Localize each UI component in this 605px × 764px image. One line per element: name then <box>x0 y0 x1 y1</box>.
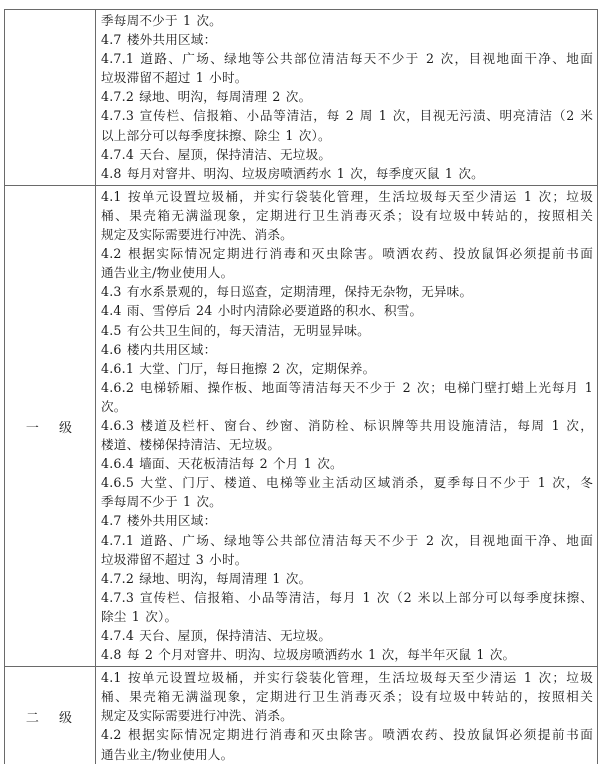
table-row: 二 级4.1 按单元设置垃圾桶，并实行袋装化管理，生活垃圾每天至少清运 1 次；… <box>5 667 598 764</box>
standard-text-line: 4.2 根据实际情况定期进行消毒和灭虫除害。喷洒农药、投放鼠饵必须提前书面 <box>101 244 593 263</box>
standard-text-line: 垃圾滞留不超过 3 小时。 <box>101 550 593 569</box>
standard-text-line: 4.7.4 天台、屋顶，保持清洁、无垃圾。 <box>101 626 593 645</box>
standard-text-line: 4.2 根据实际情况定期进行消毒和灭虫除害。喷洒农药、投放鼠饵必须提前书面 <box>101 725 593 744</box>
standard-text-line: 4.7.2 绿地、明沟，每周清理 1 次。 <box>101 569 593 588</box>
standard-text-line: 桶、果壳箱无满溢现象，定期进行卫生消毒灭杀；设有垃圾中转站的，按照相关 <box>101 206 593 225</box>
table-body: 季每周不少于 1 次。4.7 楼外共用区域：4.7.1 道路、广场、绿地等公共部… <box>5 10 598 764</box>
standard-text-line: 桶、果壳箱无满溢现象，定期进行卫生消毒灭杀；设有垃圾中转站的，按照相关 <box>101 687 593 706</box>
standard-text-line: 除尘 1 次）。 <box>101 607 593 626</box>
table-row: 季每周不少于 1 次。4.7 楼外共用区域：4.7.1 道路、广场、绿地等公共部… <box>5 10 598 186</box>
standard-text-line: 次。 <box>101 397 593 416</box>
standard-text-line: 季每周不少于 1 次。 <box>101 11 593 30</box>
standard-text-line: 4.7.1 道路、广场、绿地等公共部位清洁每天不少于 2 次，目视地面干净、地面 <box>101 531 593 550</box>
standard-content-cell: 4.1 按单元设置垃圾桶，并实行袋装化管理，生活垃圾每天至少清运 1 次；垃圾桶… <box>96 185 598 666</box>
standard-text-line: 垃圾滞留不超过 1 小时。 <box>101 68 593 87</box>
standard-text-line: 4.4 雨、雪停后 24 小时内清除必要道路的积水、积雪。 <box>101 301 593 320</box>
standard-text-line: 4.6.3 楼道及栏杆、窗台、纱窗、消防栓、标识牌等共用设施清洁，每周 1 次， <box>101 416 593 435</box>
standard-text-line: 4.7.3 宣传栏、信报箱、小品等清洁，每 2 周 1 次，目视无污渍、明亮清洁… <box>101 106 593 125</box>
standard-text-line: 季每周不少于 1 次。 <box>101 492 593 511</box>
level-cell <box>5 10 96 186</box>
standard-text-line: 通告业主/物业使用人。 <box>101 745 593 764</box>
standard-text-line: 4.6.1 大堂、门厅，每日拖擦 2 次，定期保养。 <box>101 359 593 378</box>
standard-text-line: 4.5 有公共卫生间的，每天清洁，无明显异味。 <box>101 321 593 340</box>
standard-text-line: 4.6.2 电梯轿厢、操作板、地面等清洁每天不少于 2 次；电梯门壁打蜡上光每月… <box>101 378 593 397</box>
standards-table: 季每周不少于 1 次。4.7 楼外共用区域：4.7.1 道路、广场、绿地等公共部… <box>4 9 598 764</box>
standard-text-line: 4.8 每月对窨井、明沟、垃圾房喷洒药水 1 次，每季度灭鼠 1 次。 <box>101 164 593 183</box>
standard-content-cell: 4.1 按单元设置垃圾桶，并实行袋装化管理，生活垃圾每天至少清运 1 次；垃圾桶… <box>96 667 598 764</box>
standard-text-line: 以上部分可以每季度抹擦、除尘 1 次）。 <box>101 126 593 145</box>
table-row: 一 级4.1 按单元设置垃圾桶，并实行袋装化管理，生活垃圾每天至少清运 1 次；… <box>5 185 598 666</box>
standard-text-line: 4.7.1 道路、广场、绿地等公共部位清洁每天不少于 2 次，目视地面干净、地面 <box>101 49 593 68</box>
level-cell: 二 级 <box>5 667 96 764</box>
standard-text-line: 4.7 楼外共用区域： <box>101 30 593 49</box>
standard-text-line: 4.7.2 绿地、明沟，每周清理 2 次。 <box>101 87 593 106</box>
standard-text-line: 4.1 按单元设置垃圾桶，并实行袋装化管理，生活垃圾每天至少清运 1 次；垃圾 <box>101 668 593 687</box>
standard-text-line: 4.7.3 宣传栏、信报箱、小品等清洁，每月 1 次（2 米以上部分可以每季度抹… <box>101 588 593 607</box>
standard-text-line: 4.1 按单元设置垃圾桶，并实行袋装化管理，生活垃圾每天至少清运 1 次；垃圾 <box>101 187 593 206</box>
standard-text-line: 4.6 楼内共用区域： <box>101 340 593 359</box>
standard-text-line: 4.7 楼外共用区域： <box>101 511 593 530</box>
standard-text-line: 4.6.4 墙面、天花板清洁每 2 个月 1 次。 <box>101 454 593 473</box>
standard-text-line: 楼道、楼梯保持清洁、无垃圾。 <box>101 435 593 454</box>
standard-text-line: 4.7.4 天台、屋顶，保持清洁、无垃圾。 <box>101 145 593 164</box>
standard-text-line: 4.8 每 2 个月对窨井、明沟、垃圾房喷洒药水 1 次，每半年灭鼠 1 次。 <box>101 645 593 664</box>
level-cell: 一 级 <box>5 185 96 666</box>
standard-text-line: 通告业主/物业使用人。 <box>101 263 593 282</box>
standard-text-line: 4.3 有水系景观的，每日巡查，定期清理，保持无杂物，无异味。 <box>101 282 593 301</box>
standard-text-line: 规定及实际需要进行冲洗、消杀。 <box>101 706 593 725</box>
standard-text-line: 4.6.5 大堂、门厅、楼道、电梯等业主活动区域消杀，夏季每日不少于 1 次，冬 <box>101 473 593 492</box>
standard-text-line: 规定及实际需要进行冲洗、消杀。 <box>101 225 593 244</box>
standard-content-cell: 季每周不少于 1 次。4.7 楼外共用区域：4.7.1 道路、广场、绿地等公共部… <box>96 10 598 186</box>
